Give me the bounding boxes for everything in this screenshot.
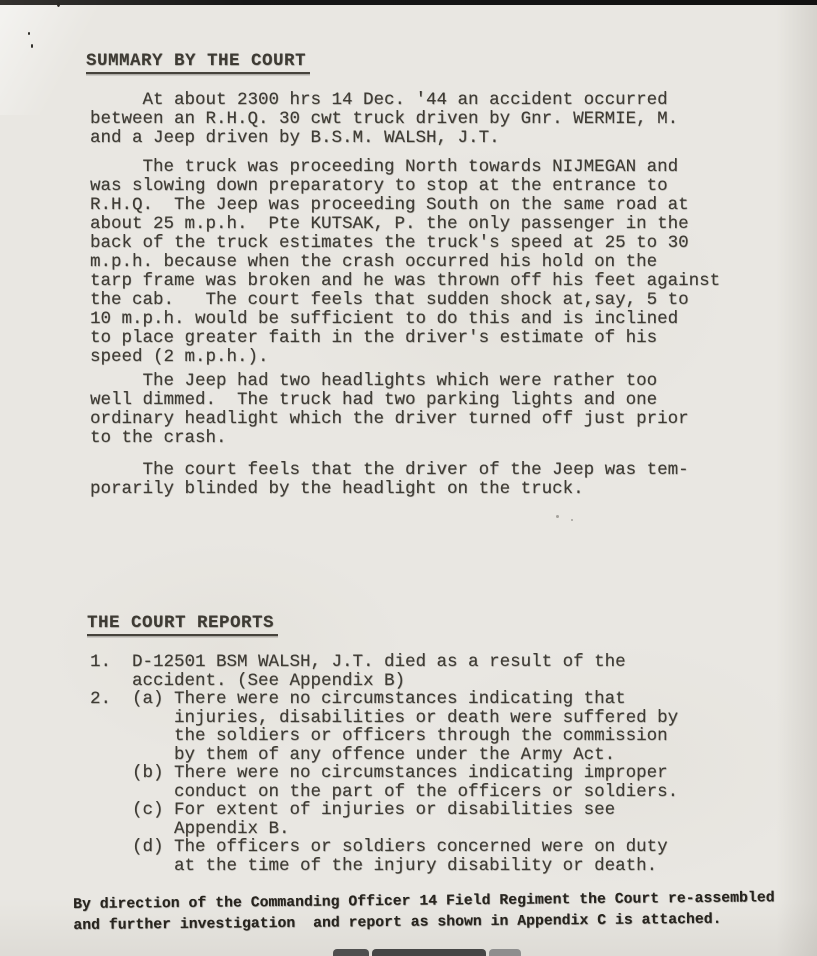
summary-paragraph-2: The truck was proceeding North towards N… — [90, 158, 720, 367]
summary-heading: SUMMARY BY THE COURT — [86, 52, 310, 74]
scan-top-edge — [0, 0, 817, 5]
ink-speck — [571, 519, 573, 521]
summary-paragraph-3: The Jeep had two headlights which were r… — [90, 372, 689, 448]
reports-heading: THE COURT REPORTS — [87, 614, 278, 636]
court-findings-list: 1. D-12501 BSM WALSH, J.T. died as a res… — [90, 653, 678, 875]
reports-section-heading-row: THE COURT REPORTS — [87, 614, 278, 636]
summary-paragraph-4: The court feels that the driver of the J… — [90, 461, 689, 499]
ink-speck — [31, 44, 33, 48]
summary-paragraph-1: At about 2300 hrs 14 Dec. '44 an acciden… — [90, 91, 678, 148]
ink-speck — [57, 2, 60, 7]
bottom-toolbar-button-stub-1[interactable] — [333, 949, 369, 956]
ink-speck — [28, 32, 30, 35]
summary-section-heading-row: SUMMARY BY THE COURT — [86, 52, 310, 74]
bottom-toolbar-button-stub-2[interactable] — [372, 949, 486, 956]
footer-direction-note: By direction of the Commanding Officer 1… — [73, 888, 775, 936]
bottom-toolbar-button-stub-3[interactable] — [489, 949, 521, 956]
document-page: SUMMARY BY THE COURT At about 2300 hrs 1… — [0, 0, 817, 956]
ink-speck — [556, 515, 559, 518]
